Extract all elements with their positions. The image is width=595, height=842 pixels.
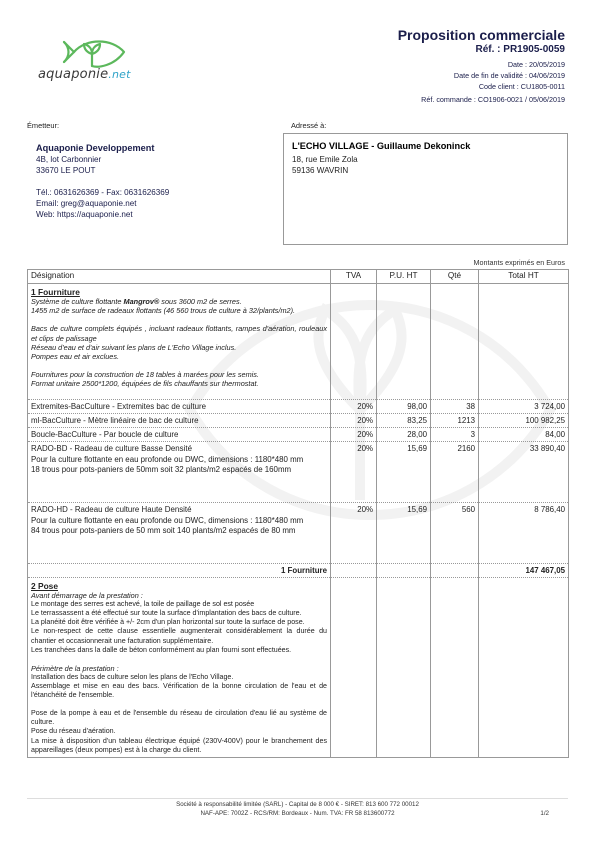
item-tva: 20% [331,428,377,442]
recipient-address-line: 59136 WAVRIN [292,166,348,175]
table-row: RADO-HD - Radeau de culture Haute Densit… [28,503,569,564]
empty-cell [479,284,569,400]
item-unit-price: 15,69 [377,503,431,564]
empty-cell [331,564,377,578]
section-line: 1455 m2 de surface de radeaux flottants … [31,306,327,315]
logo-name: aquaponie [38,67,108,82]
item-tva: 20% [331,400,377,414]
item-detail: 84 trous pour pots-paniers de 50 mm soit… [31,526,327,537]
section-description: 1 Fourniture Système de culture flottant… [28,284,331,400]
item-total: 100 982,25 [479,414,569,428]
sender-name: Aquaponie Developpement [36,143,154,153]
item-total: 33 890,40 [479,442,569,503]
empty-cell [331,578,377,758]
section-description: 2 Pose Avant démarrage de la prestation … [28,578,331,758]
item-unit-price: 98,00 [377,400,431,414]
section-line: La mise à disposition d'un tableau élect… [31,737,327,755]
section-line: Pompes eau et air exclues. [31,352,327,361]
spacer [31,655,327,664]
col-tva: TVA [331,270,377,284]
table-header-row: Désignation TVA P.U. HT Qté Total HT [28,270,569,284]
recipient-address-line: 18, rue Emile Zola [292,155,358,164]
section-title: 2 Pose [31,581,327,591]
subtotal-row: 1 Fourniture 147 467,05 [28,564,569,578]
table-row: RADO-BD - Radeau de culture Basse Densit… [28,442,569,503]
item-qty: 38 [431,400,479,414]
section-line: Pose de la pompe à eau et de l'ensemble … [31,709,327,727]
recipient-box: L'ECHO VILLAGE - Guillaume Dekoninck 18,… [283,133,568,245]
section-line: Bacs de culture complets équipés , inclu… [31,324,327,342]
validity-date: Date de fin de validité : 04/06/2019 [454,71,565,80]
subtotal-amount: 147 467,05 [479,564,569,578]
table-row: ml-BacCulture - Mètre linéaire de bac de… [28,414,569,428]
item-designation: Boucle-BacCulture - Par boucle de cultur… [28,428,331,442]
item-unit-price: 15,69 [377,442,431,503]
page-number: 1/2 [540,810,549,817]
intro-text: sous 3600 m2 de serres. [159,297,241,306]
section-subtitle: Avant démarrage de la prestation : [31,591,327,600]
empty-cell [377,564,431,578]
section-row-pose: 2 Pose Avant démarrage de la prestation … [28,578,569,758]
item-qty: 3 [431,428,479,442]
item-designation: ml-BacCulture - Mètre linéaire de bac de… [28,414,331,428]
col-qty: Qté [431,270,479,284]
recipient-label: Adressé à: [291,121,326,130]
table-row: Boucle-BacCulture - Par boucle de cultur… [28,428,569,442]
section-line: La planéité doit être vérifiée à +/- 2cm… [31,618,327,627]
item-unit-price: 28,00 [377,428,431,442]
section-line: Installation des bacs de culture selon l… [31,673,327,682]
sender-phone: Tél.: 0631626369 - Fax: 0631626369 [36,188,169,197]
section-line: Le terrassassent a été effectué sur tout… [31,609,327,618]
table-row: Extremites-BacCulture - Extremites bac d… [28,400,569,414]
intro-text: Système de culture flottante [31,297,123,306]
item-qty: 1213 [431,414,479,428]
order-ref: Réf. commande : CO1906-0021 / 05/06/2019 [421,95,565,104]
section-line: Fournitures pour la construction de 18 t… [31,370,327,379]
item-unit-price: 83,25 [377,414,431,428]
item-total: 3 724,00 [479,400,569,414]
document-date: Date : 20/05/2019 [508,60,565,69]
section-line: Les tranchées dans la dalle de béton con… [31,646,327,655]
sender-web[interactable]: Web: https://aquaponie.net [36,210,133,219]
section-intro: Système de culture flottante Mangrov® so… [31,297,327,306]
item-tva: 20% [331,503,377,564]
item-title: RADO-HD - Radeau de culture Haute Densit… [31,505,327,516]
logo-wordmark: aquaponie.net [38,67,131,82]
footer-legal-line: Société à responsabilité limitée (SARL) … [0,801,595,808]
currency-note: Montants exprimés en Euros [474,258,565,267]
section-line: Le non-respect de cette clause essentiel… [31,627,327,645]
sender-address-line: 33670 LE POUT [36,166,95,175]
item-designation: RADO-HD - Radeau de culture Haute Densit… [28,503,331,564]
item-qty: 560 [431,503,479,564]
sender-email[interactable]: Email: greg@aquaponie.net [36,199,136,208]
col-designation: Désignation [28,270,331,284]
footer-divider [27,798,568,799]
brand-name: Mangrov® [123,297,159,306]
empty-cell [431,284,479,400]
section-line: Réseau d'eau et d'air suivant les plans … [31,343,327,352]
subtotal-label: 1 Fourniture [28,564,331,578]
empty-cell [377,578,431,758]
item-designation: Extremites-BacCulture - Extremites bac d… [28,400,331,414]
logo-suffix: .net [108,68,130,81]
footer-legal-line: NAF-APE: 7002Z - RCS/RM: Bordeaux - Num.… [0,810,595,817]
item-tva: 20% [331,442,377,503]
section-row-fourniture: 1 Fourniture Système de culture flottant… [28,284,569,400]
item-total: 84,00 [479,428,569,442]
sender-address-line: 4B, lot Carbonnier [36,155,101,164]
spacer [31,315,327,324]
item-tva: 20% [331,414,377,428]
section-line: Pose du réseau d'aération. [31,727,327,736]
item-detail: Pour la culture flottante en eau profond… [31,516,327,527]
empty-cell [431,564,479,578]
item-title: RADO-BD - Radeau de culture Basse Densit… [31,444,327,455]
recipient-name: L'ECHO VILLAGE - Guillaume Dekoninck [292,141,470,151]
section-subtitle: Périmètre de la prestation : [31,664,327,673]
section-line: Assemblage et mise en eau des bacs. Véri… [31,682,327,700]
document-title: Proposition commerciale [398,27,565,43]
spacer [31,700,327,709]
item-total: 8 786,40 [479,503,569,564]
empty-cell [479,578,569,758]
document-ref: Réf. : PR1905-0059 [476,44,566,55]
col-total: Total HT [479,270,569,284]
section-title: 1 Fourniture [31,287,327,297]
item-qty: 2160 [431,442,479,503]
section-line: Le montage des serres est achevé, la toi… [31,600,327,609]
col-pu: P.U. HT [377,270,431,284]
item-detail: Pour la culture flottante en eau profond… [31,455,327,466]
item-detail: 18 trous pour pots-paniers de 50mm soit … [31,465,327,476]
client-code: Code client : CU1805-0011 [479,82,565,91]
empty-cell [431,578,479,758]
lines-table: Désignation TVA P.U. HT Qté Total HT 1 F… [27,269,569,758]
empty-cell [377,284,431,400]
section-line: Format unitaire 2500*1200, équipées de f… [31,379,327,388]
item-designation: RADO-BD - Radeau de culture Basse Densit… [28,442,331,503]
empty-cell [331,284,377,400]
spacer [31,361,327,370]
sender-label: Émetteur: [27,121,59,130]
